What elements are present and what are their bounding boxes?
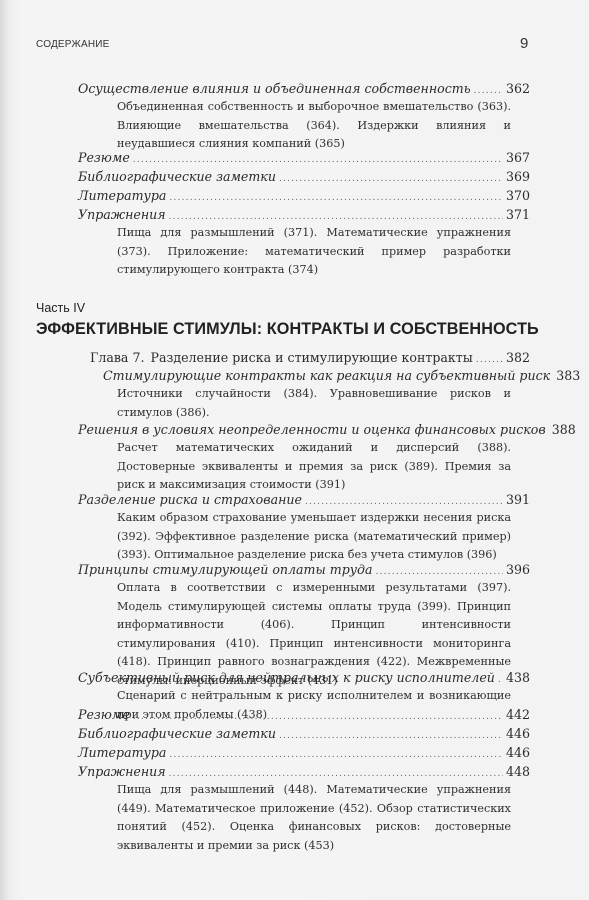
chapter-label: Глава 7. — [90, 348, 144, 368]
toc-entry-title: Библиографические заметки — [78, 724, 276, 744]
book-page: СОДЕРЖАНИЕ 9 Осуществление влияния и объ… — [0, 0, 589, 900]
toc-entry-page: 391 — [506, 490, 530, 510]
toc-entry-title: Субъективный риск для нейтральных к риск… — [78, 668, 495, 688]
toc-entry-title: Библиографические заметки — [78, 167, 276, 187]
part-title: ЭФФЕКТИВНЫЕ СТИМУЛЫ: КОНТРАКТЫ И СОБСТВЕ… — [36, 320, 539, 339]
part-label: Часть IV — [36, 301, 85, 315]
toc-entry-page: 388 — [552, 420, 576, 440]
toc-entry-title: Упражнения — [78, 762, 166, 782]
toc-entry-title: Принципы стимулирующей оплаты труда — [78, 560, 373, 580]
toc-entry-title: Решения в условиях неопределенности и оц… — [78, 420, 546, 440]
toc-entry-page: 362 — [506, 79, 530, 99]
toc-entry-page: 446 — [506, 743, 530, 763]
toc-entry-title: Осуществление влияния и объединенная соб… — [78, 79, 471, 99]
toc-entry-description: Пища для размышлений (448). Математическ… — [117, 781, 511, 855]
toc-entry-page: 370 — [506, 186, 530, 206]
toc-entry-page: 438 — [506, 668, 530, 688]
toc-entry-title: Резюме — [78, 705, 130, 725]
toc-entry-description: Каким образом страхование уменьшает изде… — [117, 509, 511, 565]
toc-entry-title: Литература — [78, 743, 166, 763]
toc-entry-page: 442 — [506, 705, 530, 725]
toc-entry-page: 369 — [506, 167, 530, 187]
toc-entry-page: 367 — [506, 148, 530, 168]
chapter-page: 382 — [506, 348, 530, 368]
toc-entry-title: Стимулирующие контракты как реакция на с… — [103, 366, 550, 386]
toc-entry-page: 371 — [506, 205, 530, 225]
toc-entry-page: 396 — [506, 560, 530, 580]
toc-entry-title: Резюме — [78, 148, 130, 168]
toc-entry-title: Литература — [78, 186, 166, 206]
toc-entry-title: Упражнения — [78, 205, 166, 225]
toc-entry-title: Разделение риска и страхование — [78, 490, 302, 510]
page-number: 9 — [520, 35, 528, 52]
toc-entry-description: Объединенная собственность и выборочное … — [117, 98, 511, 154]
toc-entry-description: Расчет математических ожиданий и дисперс… — [117, 439, 511, 495]
toc-entry-description: Пища для размышлений (371). Математическ… — [117, 224, 511, 280]
chapter-title: Разделение риска и стимулирующие контрак… — [150, 348, 472, 368]
running-head: СОДЕРЖАНИЕ — [36, 39, 110, 50]
toc-entry-page: 446 — [506, 724, 530, 744]
toc-entry-page: 383 — [556, 366, 580, 386]
toc-entry-description: Источники случайности (384). Уравновешив… — [117, 385, 511, 422]
toc-entry-page: 448 — [506, 762, 530, 782]
